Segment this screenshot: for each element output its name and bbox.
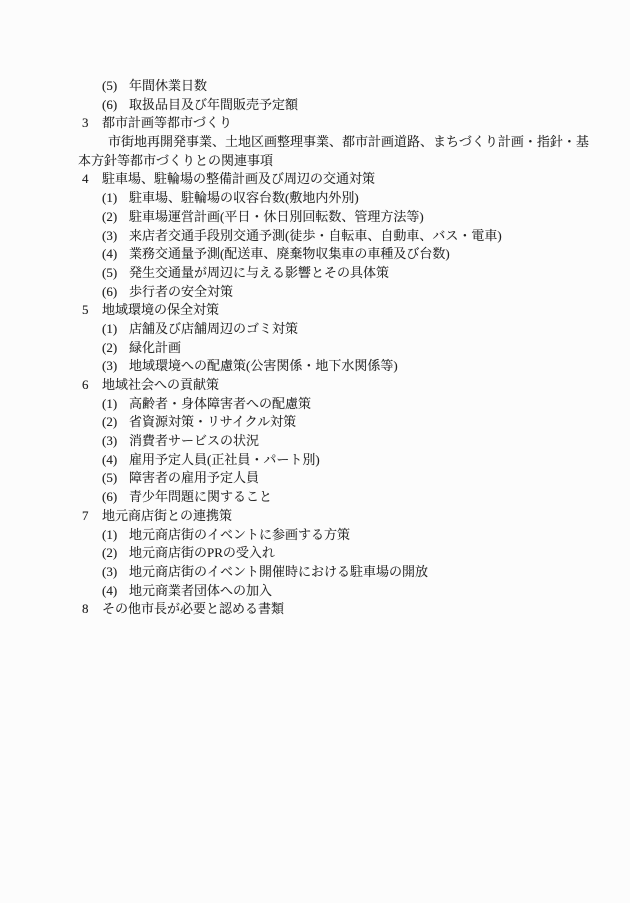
item-text: 市街地再開発事業、土地区画整理事業、都市計画道路、まちづくり計画・指針・基 [108,133,589,152]
list-item: (6)歩行者の安全対策 [0,283,630,302]
list-item: (5)発生交通量が周辺に与える影響とその具体策 [0,264,630,283]
item-text: 地元商店街との連携策 [102,507,232,526]
item-text: 発生交通量が周辺に与える影響とその具体策 [129,264,389,283]
item-text: 年間休業日数 [129,77,207,96]
item-marker: (1) [102,320,129,339]
document-body: (5)年間休業日数(6)取扱品目及び年間販売予定額3都市計画等都市づくり市街地再… [0,77,630,619]
item-text: 駐車場、駐輪場の整備計画及び周辺の交通対策 [102,170,375,189]
item-text: 歩行者の安全対策 [129,283,233,302]
list-item: 4駐車場、駐輪場の整備計画及び周辺の交通対策 [0,170,630,189]
item-text: 緑化計画 [129,339,181,358]
list-item: 市街地再開発事業、土地区画整理事業、都市計画道路、まちづくり計画・指針・基 [0,133,630,152]
item-marker: 8 [82,600,102,619]
item-text: 雇用予定人員(正社員・パート別) [129,451,320,470]
list-item: 5地域環境の保全対策 [0,301,630,320]
list-item: (6)取扱品目及び年間販売予定額 [0,96,630,115]
item-marker: (1) [102,395,129,414]
list-item: (3)来店者交通手段別交通予測(徒歩・自転車、自動車、バス・電車) [0,227,630,246]
item-text: 本方針等都市づくりとの関連事項 [78,152,273,171]
item-text: 地域社会への貢献策 [102,376,219,395]
list-item: (3)地域環境への配慮策(公害関係・地下水関係等) [0,357,630,376]
item-text: 来店者交通手段別交通予測(徒歩・自転車、自動車、バス・電車) [129,227,502,246]
item-marker: 6 [82,376,102,395]
list-item: (5)障害者の雇用予定人員 [0,469,630,488]
item-text: 地元商店街のイベント開催時における駐車場の開放 [129,563,428,582]
list-item: (1)店舗及び店舗周辺のゴミ対策 [0,320,630,339]
list-item: (1)地元商店街のイベントに参画する方策 [0,526,630,545]
item-text: 取扱品目及び年間販売予定額 [129,96,298,115]
list-item: (4)地元商業者団体への加入 [0,582,630,601]
item-marker: (3) [102,227,129,246]
item-text: 消費者サービスの状況 [129,432,259,451]
item-text: 都市計画等都市づくり [102,114,232,133]
item-marker: (3) [102,563,129,582]
item-marker: (2) [102,339,129,358]
item-text: 地元商店街のPRの受入れ [129,544,275,563]
item-marker: 3 [82,114,102,133]
list-item: (2)省資源対策・リサイクル対策 [0,413,630,432]
item-marker: (2) [102,413,129,432]
list-item: (4)業務交通量予測(配送車、廃棄物収集車の車種及び台数) [0,245,630,264]
item-text: 青少年問題に関すること [129,488,272,507]
item-marker: (5) [102,77,129,96]
item-marker: (4) [102,245,129,264]
item-text: 地元商店街のイベントに参画する方策 [129,526,350,545]
item-text: 店舗及び店舗周辺のゴミ対策 [129,320,298,339]
item-text: 高齢者・身体障害者への配慮策 [129,395,311,414]
item-text: 駐車場運営計画(平日・休日別回転数、管理方法等) [129,208,424,227]
item-marker: (2) [102,544,129,563]
item-text: その他市長が必要と認める書類 [102,600,284,619]
list-item: (1)駐車場、駐輪場の収容台数(敷地内外別) [0,189,630,208]
item-marker: (6) [102,283,129,302]
list-item: (1)高齢者・身体障害者への配慮策 [0,395,630,414]
item-text: 省資源対策・リサイクル対策 [129,413,296,432]
list-item: 本方針等都市づくりとの関連事項 [0,152,630,171]
item-text: 地域環境への配慮策(公害関係・地下水関係等) [129,357,398,376]
list-item: 8その他市長が必要と認める書類 [0,600,630,619]
document-page: (5)年間休業日数(6)取扱品目及び年間販売予定額3都市計画等都市づくり市街地再… [0,0,630,903]
item-text: 業務交通量予測(配送車、廃棄物収集車の車種及び台数) [129,245,450,264]
list-item: (6)青少年問題に関すること [0,488,630,507]
list-item: (3)地元商店街のイベント開催時における駐車場の開放 [0,563,630,582]
list-item: (2)駐車場運営計画(平日・休日別回転数、管理方法等) [0,208,630,227]
item-marker: (1) [102,189,129,208]
list-item: 3都市計画等都市づくり [0,114,630,133]
list-item: (3)消費者サービスの状況 [0,432,630,451]
item-marker: (2) [102,208,129,227]
list-item: (2)地元商店街のPRの受入れ [0,544,630,563]
item-marker: (4) [102,582,129,601]
item-marker: (3) [102,432,129,451]
item-text: 障害者の雇用予定人員 [129,469,259,488]
item-marker: (3) [102,357,129,376]
list-item: 7地元商店街との連携策 [0,507,630,526]
list-item: (4)雇用予定人員(正社員・パート別) [0,451,630,470]
list-item: (2)緑化計画 [0,339,630,358]
item-text: 地域環境の保全対策 [102,301,219,320]
item-marker: 5 [82,301,102,320]
item-marker: (5) [102,264,129,283]
list-item: (5)年間休業日数 [0,77,630,96]
item-marker: (6) [102,488,129,507]
item-marker: (4) [102,451,129,470]
item-marker: (5) [102,469,129,488]
list-item: 6地域社会への貢献策 [0,376,630,395]
item-marker: (1) [102,526,129,545]
item-marker: 4 [82,170,102,189]
item-text: 地元商業者団体への加入 [129,582,272,601]
item-marker: (6) [102,96,129,115]
item-text: 駐車場、駐輪場の収容台数(敷地内外別) [129,189,359,208]
item-marker: 7 [82,507,102,526]
